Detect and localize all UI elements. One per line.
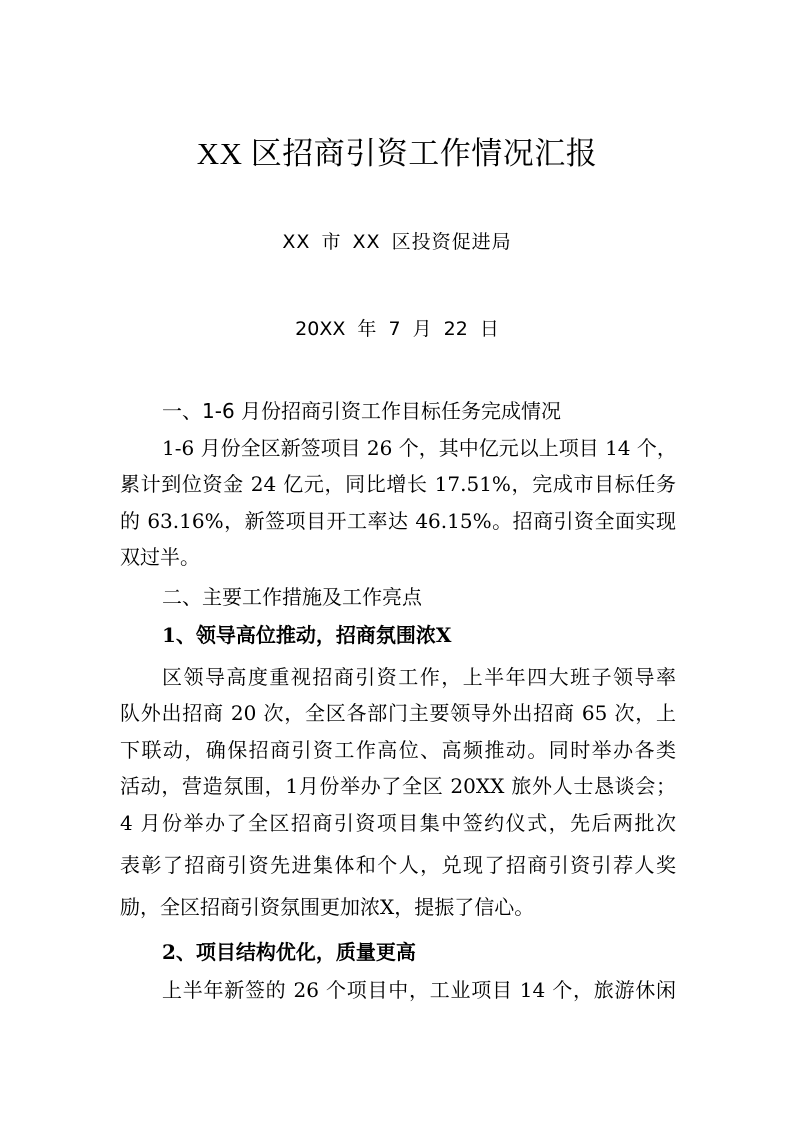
paragraph-line: 表彰了招商引资先进集体和个人，兑现了招商引资引荐人奖 (120, 851, 676, 879)
subsection-heading-1: 1、领导高位推动，招商氛围浓X (162, 621, 451, 649)
paragraph-line: 区领导高度重视招商引资工作，上半年四大班子领导率 (162, 663, 676, 691)
subsection-heading-2: 2、项目结构优化，质量更高 (162, 938, 416, 966)
paragraph-line: 活动，营造氛围，1月份举办了全区 20XX 旅外人士恳谈会； (120, 772, 676, 800)
paragraph-line: 励，全区招商引资氛围更加浓X，提振了信心。 (120, 893, 676, 921)
document-title: XX 区招商引资工作情况汇报 (0, 134, 794, 174)
paragraph-line: 4 月份举办了全区招商引资项目集中签约仪式，先后两批次 (120, 809, 676, 837)
paragraph-line: 上半年新签的 26 个项目中，工业项目 14 个，旅游休闲 (162, 976, 676, 1004)
organization-name: XX 市 XX 区投资促进局 (0, 229, 794, 255)
paragraph-line: 1-6 月份全区新签项目 26 个，其中亿元以上项目 14 个， (162, 434, 676, 462)
paragraph-line: 累计到位资金 24 亿元，同比增长 17.51%，完成市目标任务 (120, 470, 676, 498)
section-heading-1: 一、1-6 月份招商引资工作目标任务完成情况 (162, 397, 561, 425)
paragraph-line: 双过半。 (120, 543, 676, 571)
paragraph-line: 下联动，确保招商引资工作高位、高频推动。同时举办各类 (120, 736, 676, 764)
paragraph-line: 队外出招商 20 次，全区各部门主要领导外出招商 65 次，上 (120, 699, 676, 727)
document-page: XX 区招商引资工作情况汇报 XX 市 XX 区投资促进局 20XX 年 7 月… (0, 0, 794, 1122)
section-heading-2: 二、主要工作措施及工作亮点 (162, 583, 422, 611)
paragraph-line: 的 63.16%，新签项目开工率达 46.15%。招商引资全面实现 (120, 507, 676, 535)
document-date: 20XX 年 7 月 22 日 (0, 316, 794, 342)
